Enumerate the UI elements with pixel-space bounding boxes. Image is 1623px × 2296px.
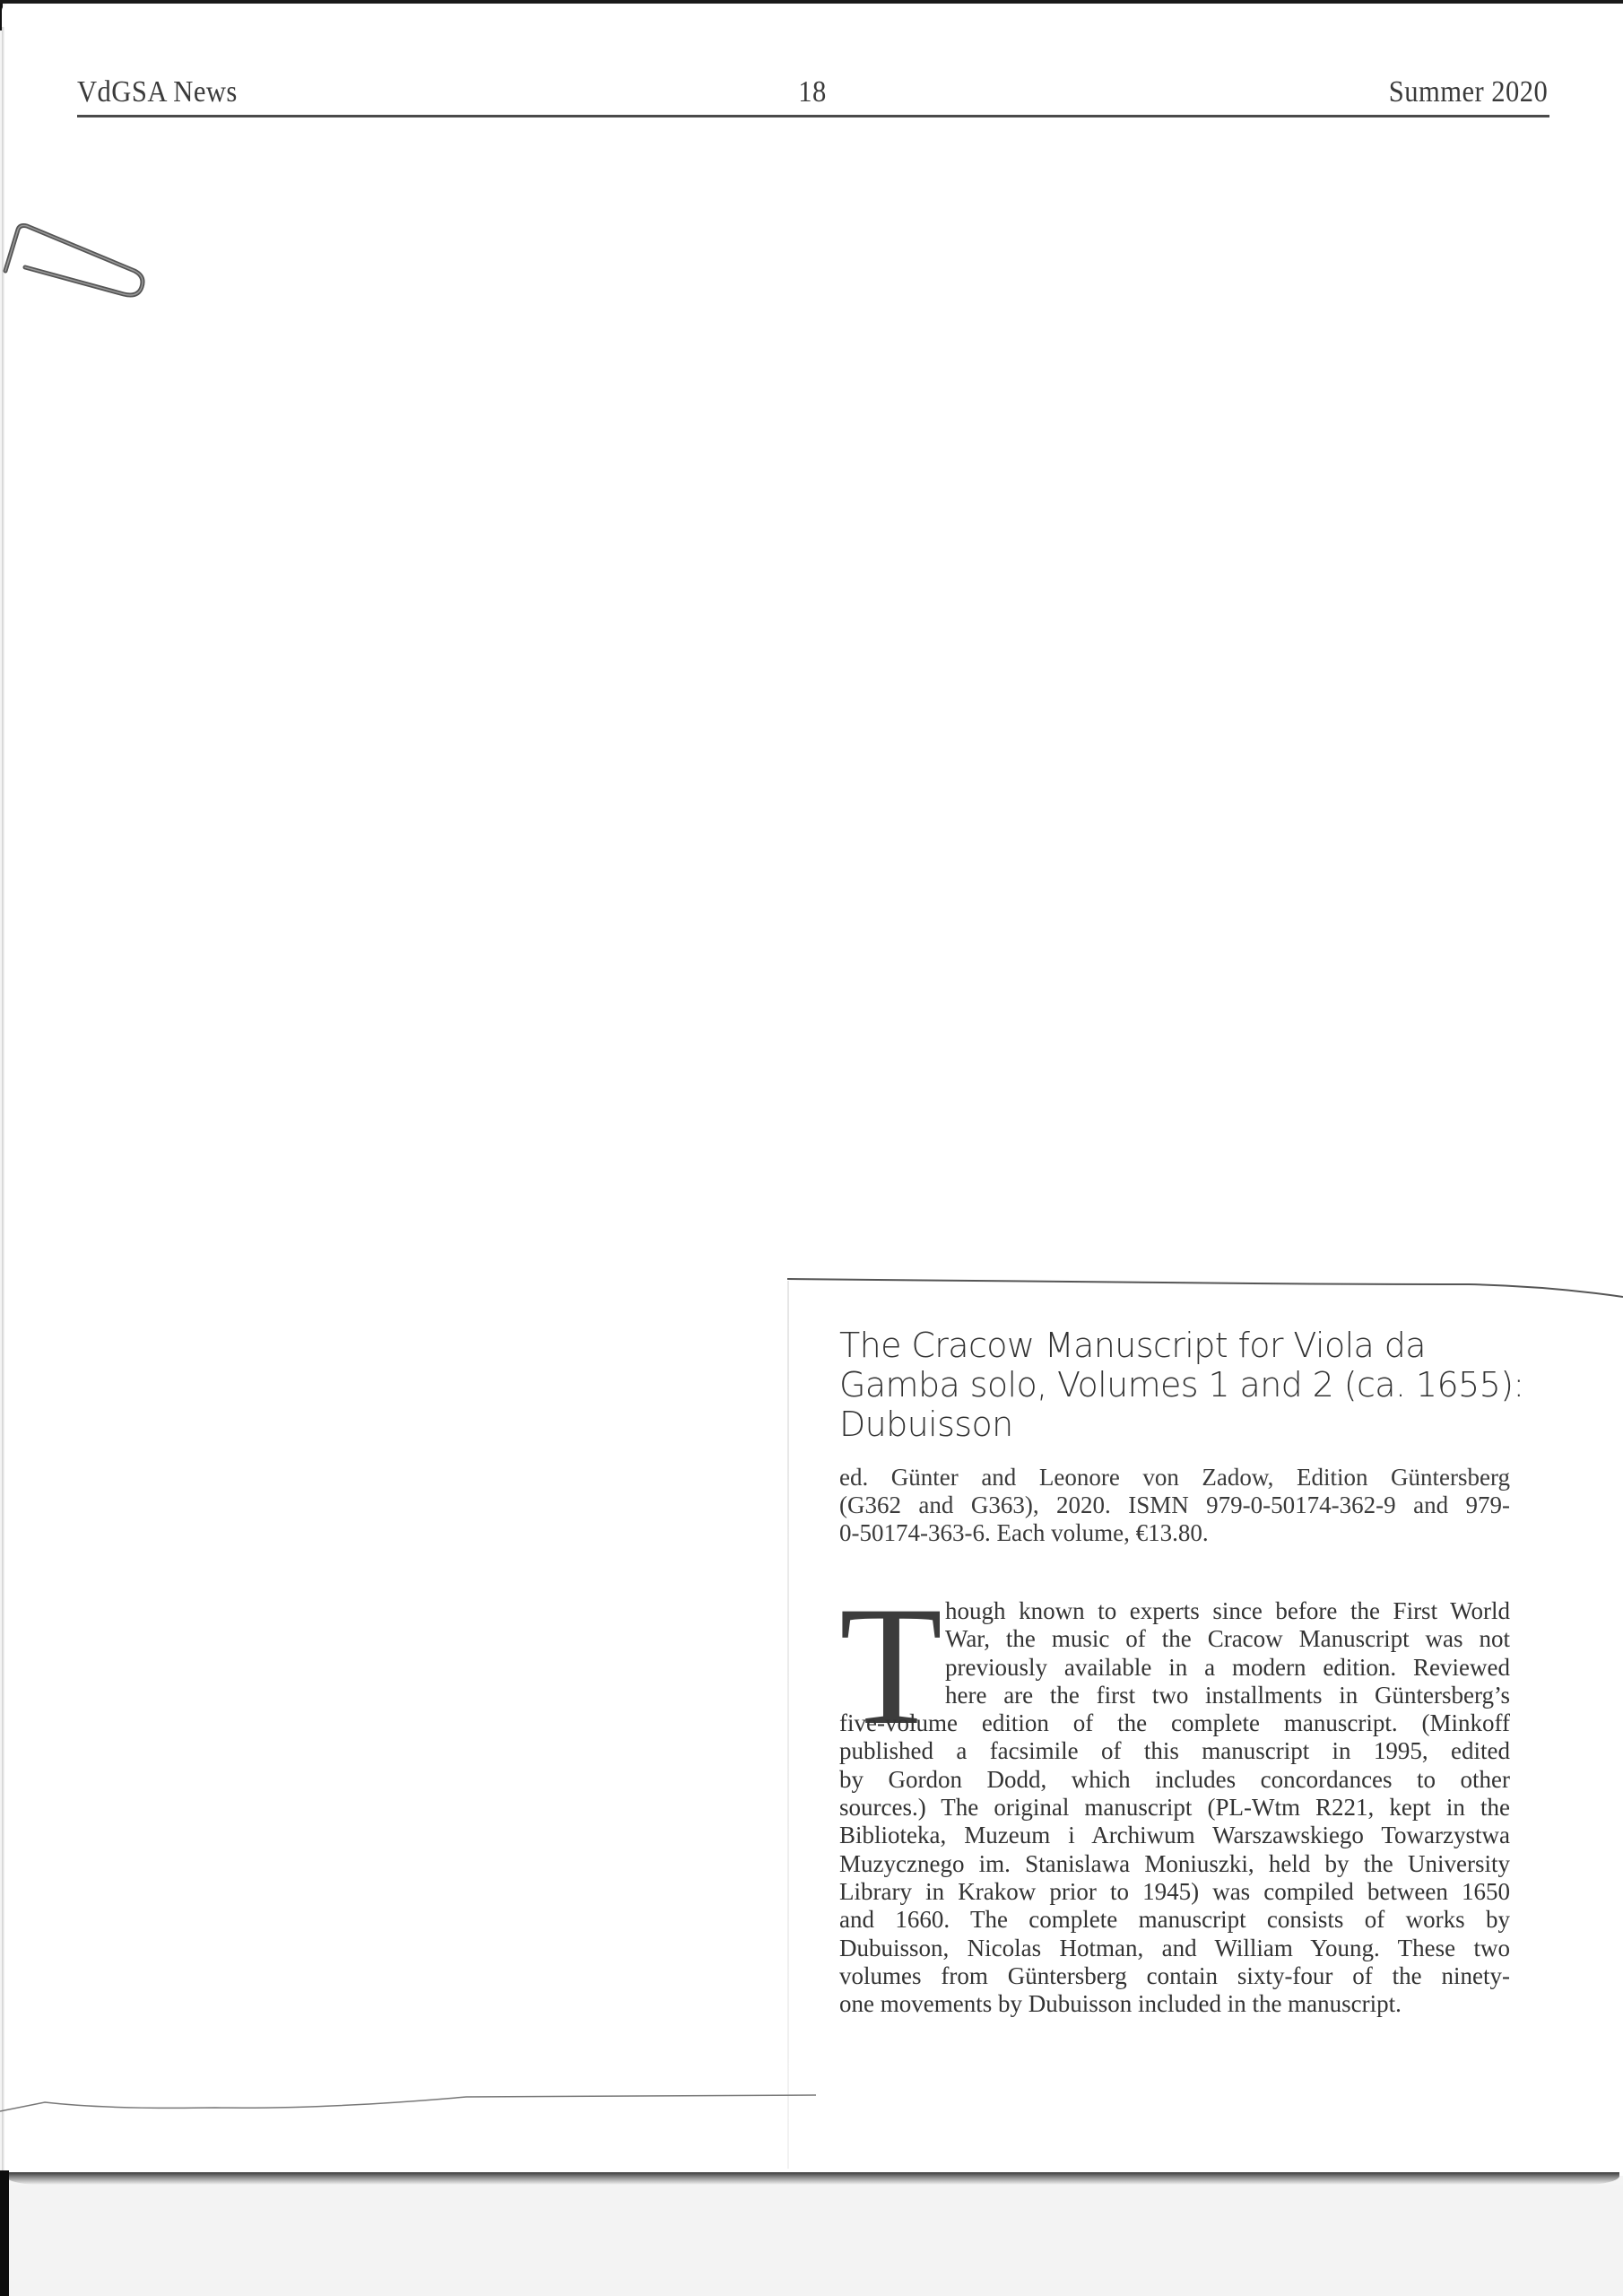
- body-line: five-volume edition of the complete manu…: [839, 1709, 1510, 1737]
- page-number: 18: [151, 75, 1474, 109]
- body-line: hough known to experts since before the …: [945, 1597, 1510, 1625]
- body-line: volumes from Güntersberg contain sixty-f…: [839, 1962, 1510, 1990]
- review-title-line: Dubuisson: [839, 1405, 1539, 1444]
- body-line: Dubuisson, Nicolas Hotman, and William Y…: [839, 1935, 1510, 1962]
- review-title: The Cracow Manuscript for Viola da Gamba…: [839, 1326, 1539, 1444]
- body-line: War, the music of the Cracow Manuscript …: [945, 1625, 1510, 1653]
- review-publication-details: ed. Günter and Leonore von Zadow, Editio…: [839, 1464, 1510, 1547]
- body-line: one movements by Dubuisson included in t…: [839, 1990, 1510, 2018]
- clipping-top-edge: [787, 1274, 1623, 1309]
- review-body: hough known to experts since before the …: [839, 1597, 1510, 2018]
- body-line: here are the first two installments in G…: [945, 1682, 1510, 1709]
- page-bottom-shadow: [5, 2172, 1619, 2185]
- details-line: ed. Günter and Leonore von Zadow, Editio…: [839, 1464, 1510, 1492]
- body-line: Biblioteka, Muzeum i Archiwum Warszawski…: [839, 1822, 1510, 1849]
- body-line: Muzycznego im. Stanislawa Moniuszki, hel…: [839, 1850, 1510, 1878]
- body-line: by Gordon Dodd, which includes concordan…: [839, 1766, 1510, 1794]
- body-line: previously available in a modern edition…: [945, 1654, 1510, 1682]
- body-line: and 1660. The complete manuscript consis…: [839, 1906, 1510, 1934]
- scanner-bed: [9, 2185, 1623, 2296]
- running-header: VdGSA News 18 Summer 2020: [77, 72, 1548, 115]
- issue-date: Summer 2020: [1389, 75, 1548, 109]
- body-line: Library in Krakow prior to 1945) was com…: [839, 1878, 1510, 1906]
- page-left-edge: [2, 27, 4, 2170]
- clipping-left-edge: [787, 1281, 789, 2169]
- clipping-bottom-edge: [0, 2090, 816, 2126]
- body-line: published a facsimile of this manuscript…: [839, 1737, 1510, 1765]
- header-rule: [77, 115, 1549, 117]
- paperclip-icon: [0, 197, 161, 305]
- details-line: 0-50174-363-6. Each volume, €13.80.: [839, 1519, 1510, 1547]
- review-title-line: The Cracow Manuscript for Viola da: [839, 1326, 1539, 1365]
- scanner-left-edge-bottom: [0, 2170, 9, 2296]
- details-line: (G362 and G363), 2020. ISMN 979-0-50174-…: [839, 1492, 1510, 1519]
- body-line: sources.) The original manuscript (PL-Wt…: [839, 1794, 1510, 1822]
- review-title-line: Gamba solo, Volumes 1 and 2 (ca. 1655):: [839, 1365, 1539, 1405]
